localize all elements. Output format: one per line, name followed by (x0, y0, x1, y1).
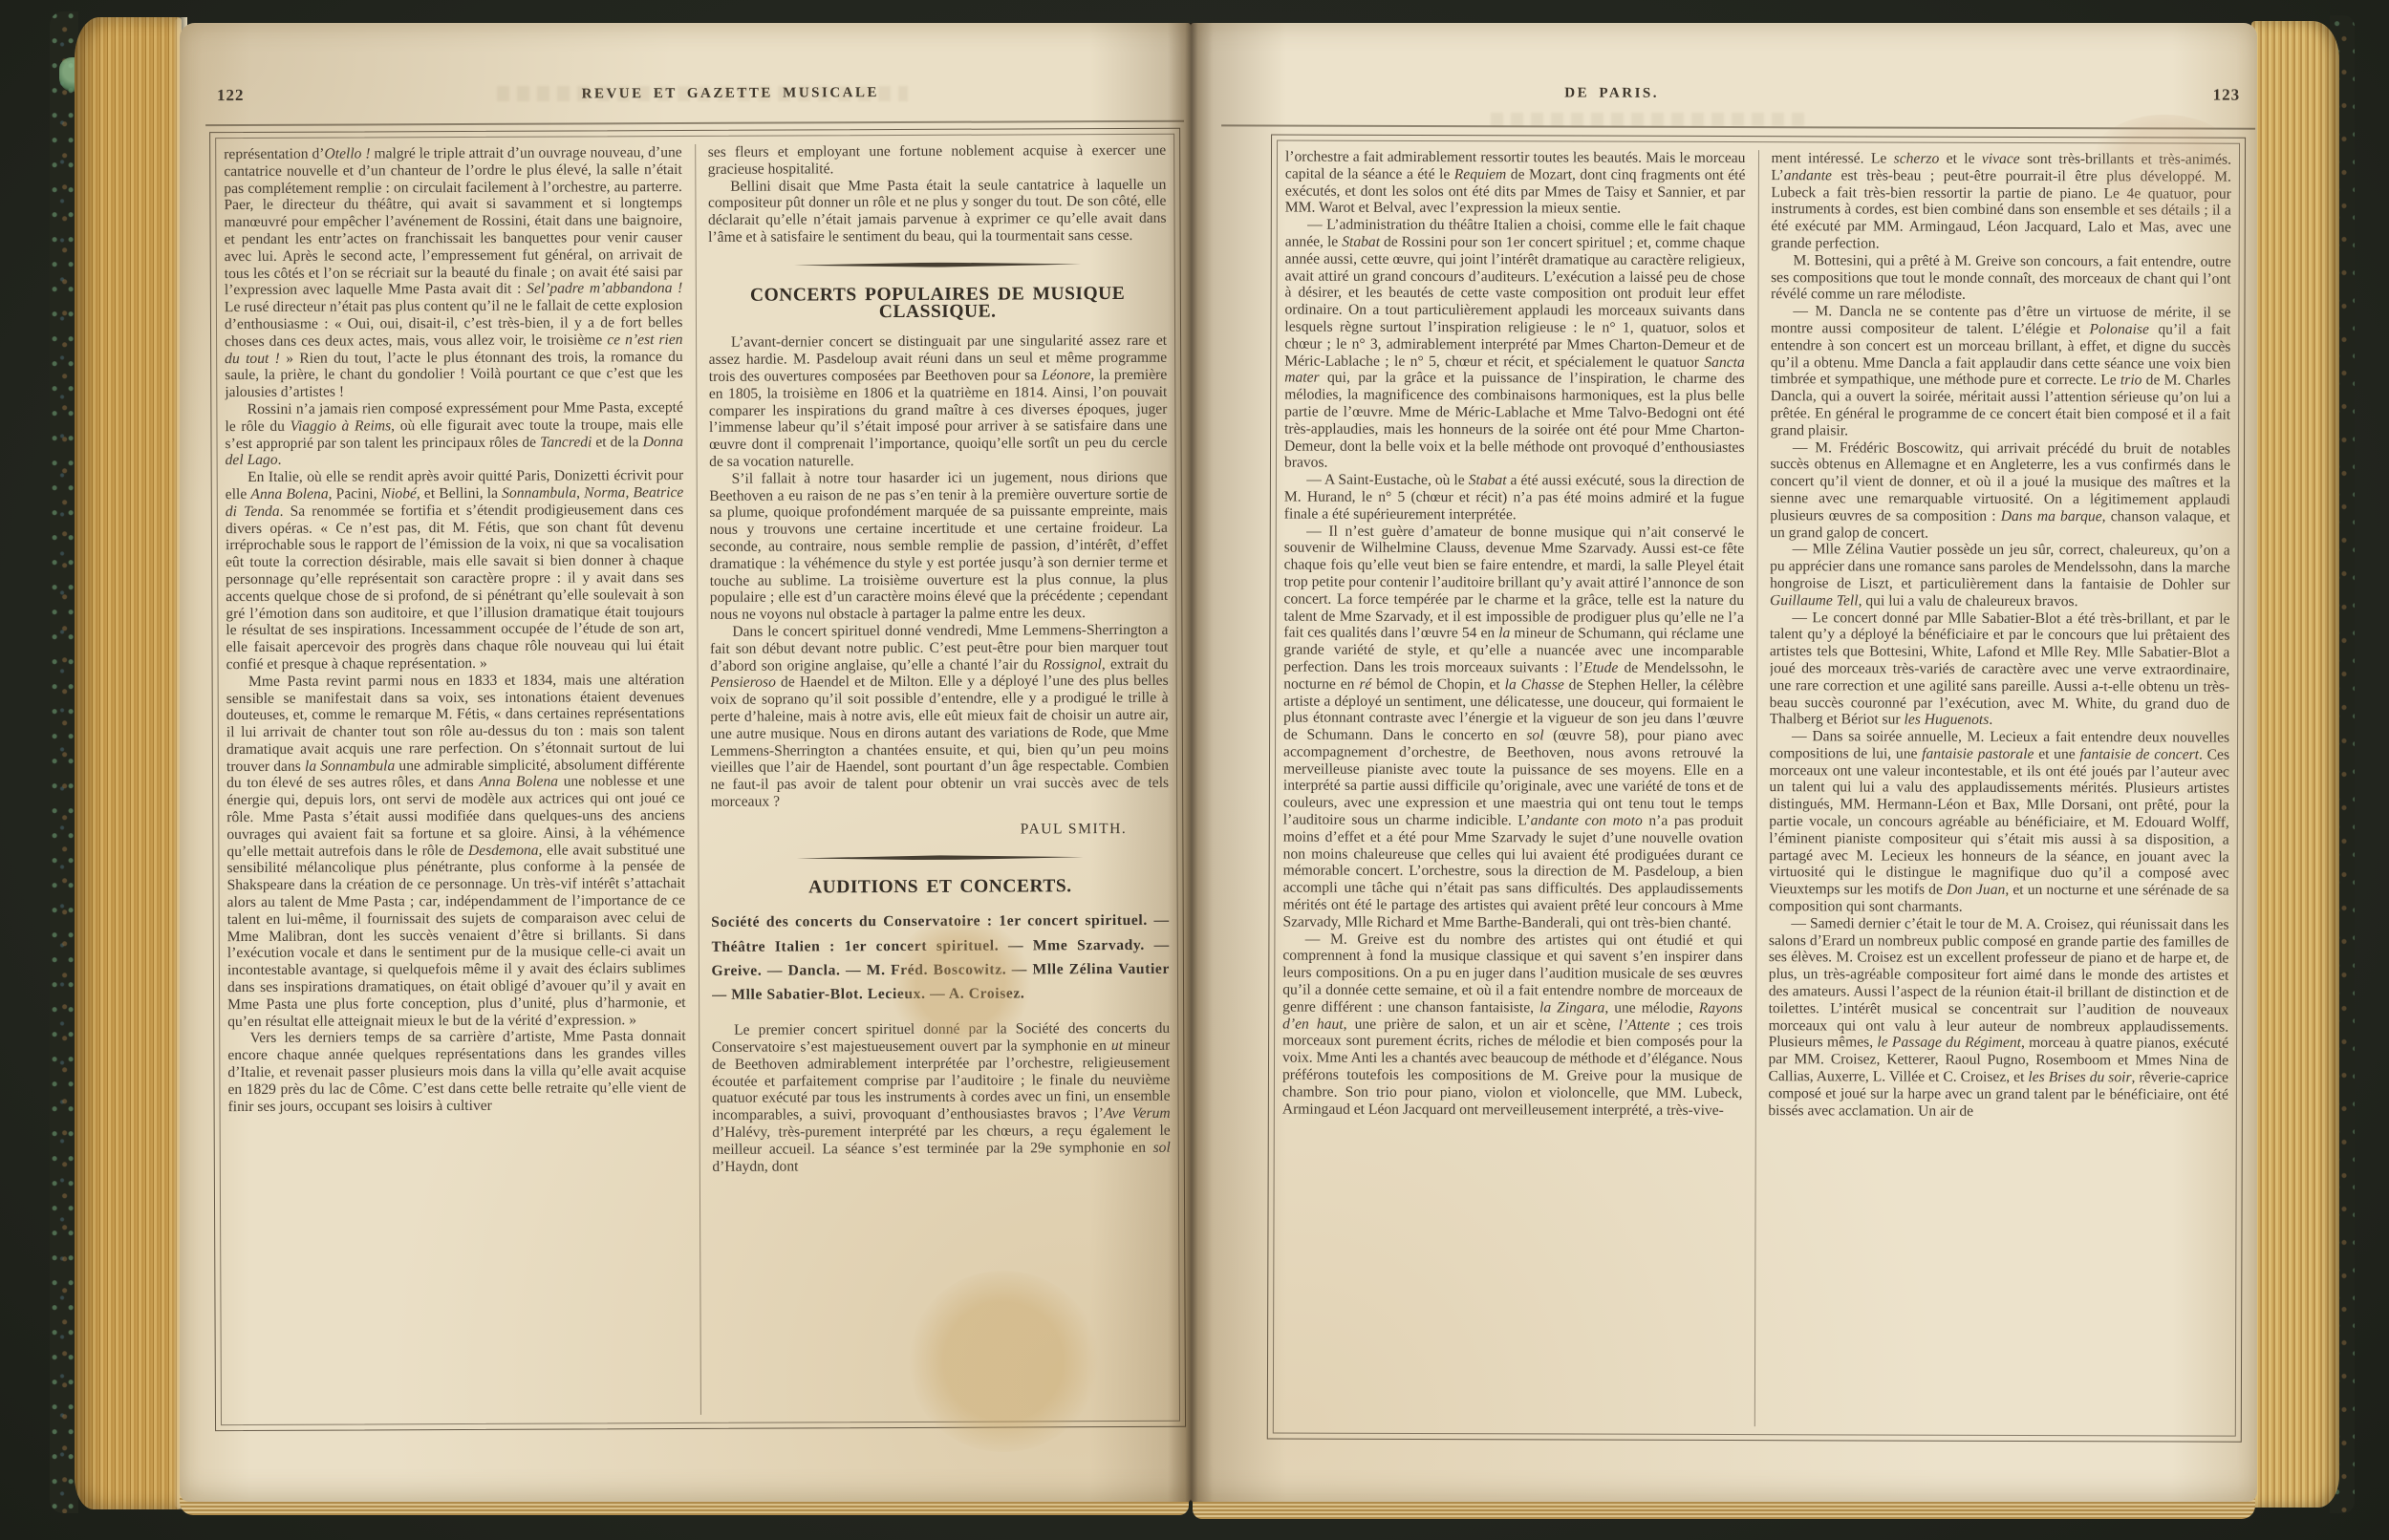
section-heading: CONCERTS POPULAIRES DE MUSIQUE CLASSIQUE… (708, 286, 1167, 322)
page-right: DE PARIS. 123 l’orchestre a fait admirab… (1191, 23, 2257, 1502)
paragraph: En Italie, où elle se rendit après avoir… (226, 467, 684, 674)
column-divider-rule (695, 144, 701, 1415)
page-edges-right (2251, 21, 2339, 1508)
paragraph: — L’administration du théâtre Italien a … (1284, 217, 1745, 473)
section-heading: AUDITIONS ET CONCERTS. (711, 878, 1170, 897)
page-edges-left (75, 17, 182, 1509)
header-rule-right (1221, 124, 2255, 129)
column-left-2: ses fleurs et employant une fortune nobl… (708, 142, 1172, 1415)
paragraph: S’il fallait à notre tour hasarder ici u… (709, 469, 1168, 624)
column-right-1: l’orchestre a fait admirablement ressort… (1281, 149, 1746, 1427)
book-scan: 122 REVUE ET GAZETTE MUSICALE représenta… (0, 0, 2389, 1540)
paragraph: — M. Dancla ne se contente pas d’être un… (1771, 303, 2231, 440)
running-title-right: DE PARIS. (1564, 85, 1659, 101)
column-left-1: représentation d’Otello ! malgré le trip… (224, 144, 687, 1417)
paragraph: Vers les derniers temps de sa carrière d… (227, 1028, 686, 1115)
text-frame-right: l’orchestre a fait admirablement ressort… (1267, 135, 2246, 1443)
paragraph: ses fleurs et employant une fortune nobl… (708, 142, 1167, 179)
page-number-right: 123 (2213, 86, 2241, 105)
page-header-right: DE PARIS. 123 (1227, 82, 2249, 110)
column-divider-rule (1754, 150, 1758, 1426)
paragraph: — A Saint-Eustache, où le Stabat a été a… (1284, 472, 1745, 524)
running-title-left: REVUE ET GAZETTE MUSICALE (582, 85, 879, 102)
column-right-2: ment intéressé. Le scherzo et le vivace … (1767, 150, 2231, 1428)
paragraph: Mme Pasta revint parmi nous en 1833 et 1… (226, 672, 686, 1031)
page-number-left: 122 (217, 86, 245, 105)
paragraph: Dans le concert spirituel donné vendredi… (710, 622, 1169, 811)
text-frame-left: représentation d’Otello ! malgré le trip… (209, 128, 1186, 1431)
paragraph: — Il n’est guère d’amateur de bonne musi… (1282, 523, 1744, 932)
paragraph: — Dans sa soirée annuelle, M. Lecieux a … (1769, 728, 2229, 916)
paragraph: — Mlle Zélina Vautier possède un jeu sûr… (1770, 541, 2230, 610)
paragraph: représentation d’Otello ! malgré le trip… (224, 144, 683, 401)
paragraph: — M. Frédéric Boscowitz, qui arrivait pr… (1770, 439, 2230, 543)
page-left: 122 REVUE ET GAZETTE MUSICALE représenta… (180, 23, 1191, 1502)
paragraph: l’orchestre a fait admirablement ressort… (1285, 149, 1746, 219)
header-rule-left (205, 120, 1184, 126)
divider-rule (797, 855, 1084, 861)
paragraph: M. Bottesini, qui a prêté à M. Greive so… (1771, 252, 2231, 305)
paragraph: — Samedi dernier c’était le tour de M. A… (1768, 915, 2228, 1121)
paragraph: ment intéressé. Le scherzo et le vivace … (1771, 150, 2231, 253)
paragraph: — M. Greive est du nombre des artistes q… (1282, 930, 1743, 1119)
paragraph: — Le concert donné par Mlle Sabatier-Blo… (1770, 610, 2230, 730)
signature: PAUL SMITH. (711, 820, 1170, 839)
paragraph: Bellini disait que Mme Pasta était la se… (708, 176, 1167, 246)
paragraph: Le premier concert spirituel donné par l… (712, 1020, 1171, 1175)
paragraph: Rossini n’a jamais rien composé expressé… (225, 399, 683, 469)
paragraph: L’avant-dernier concert se distinguait p… (709, 332, 1168, 470)
divider-rule (794, 262, 1081, 267)
article-summary: Société des concerts du Conservatoire : … (711, 909, 1170, 1007)
page-header-left: 122 REVUE ET GAZETTE MUSICALE (211, 82, 1178, 111)
